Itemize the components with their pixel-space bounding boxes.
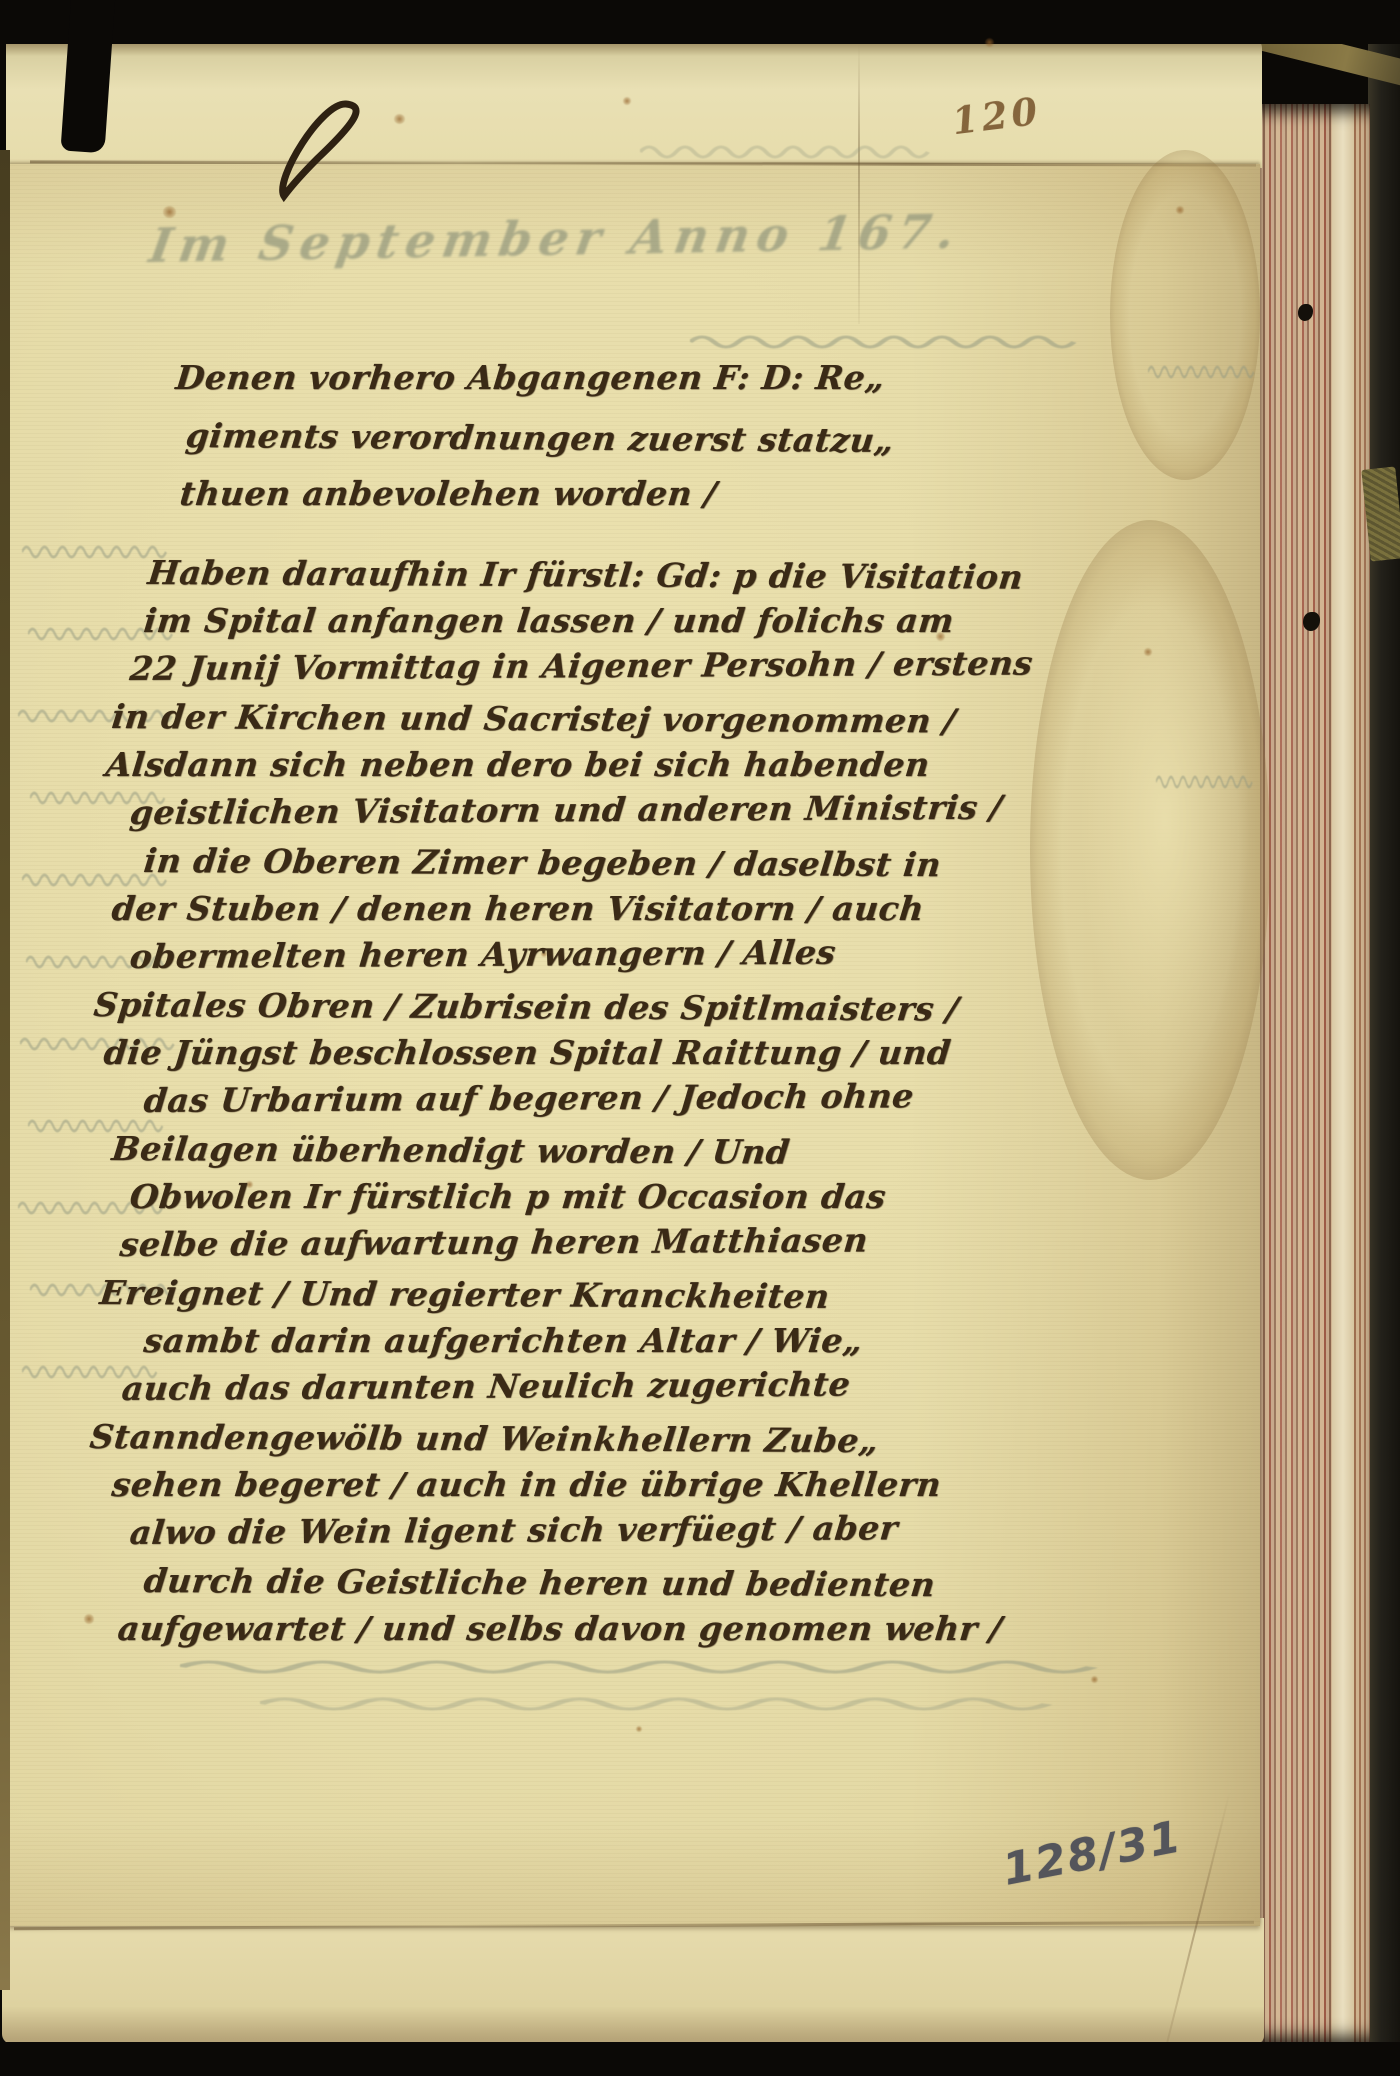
handwritten-line: aufgewartet / und selbs davon genomen we… (116, 1609, 1004, 1648)
fox-spot (84, 1614, 94, 1624)
handwritten-line: alwo die Wein ligent sich verfüegt / abe… (128, 1508, 900, 1552)
fox-spot (623, 97, 631, 105)
book-cover-edge (1368, 28, 1400, 2052)
handwritten-line: Spitales Obren / Zubrisein des Spitlmais… (92, 985, 961, 1029)
handwritten-line: im Spital anfangen lassen / und folichs … (142, 601, 956, 640)
handwritten-line: auch das darunten Neulich zugerichte (120, 1365, 852, 1408)
underlying-page-bottom-edge (2, 1918, 1264, 2044)
handwritten-line: selbe die aufwartung heren Matthiasen (118, 1220, 870, 1264)
background-bottom (0, 2042, 1400, 2076)
manuscript-photo: 120 Im September Anno 167. Denen vorhero… (0, 0, 1400, 2076)
handwritten-line: in der Kirchen und Sacristej vorgenommen… (110, 697, 958, 740)
background-top (0, 0, 1400, 44)
fore-edge-shadow (1258, 104, 1370, 2044)
handwritten-line: die Jüngst beschlossen Spital Raittung /… (102, 1033, 953, 1072)
paper-fold-mark (858, 44, 860, 324)
bleed-through-ghost-line (1156, 770, 1256, 796)
handwritten-line: in die Oberen Zimer begeben / daselbst i… (142, 841, 943, 884)
handwritten-line: sambt darin aufgerichten Altar / Wie„ (142, 1321, 865, 1360)
fore-edge-page-stack (1258, 104, 1370, 2044)
handwritten-line: durch die Geistliche heren und bedienten (142, 1561, 937, 1604)
water-stain-core (1080, 560, 1250, 1080)
bleed-through-ghost-line (180, 1655, 1130, 1681)
handwritten-line: giments verordnungen zuerst statzu„ (184, 416, 896, 460)
bleed-through-ghost-line (690, 330, 1090, 356)
handwritten-line: Alsdann sich neben dero bei sich habende… (104, 745, 932, 784)
handwritten-line: thuen anbevolehen worden / (178, 474, 719, 513)
water-stain (1110, 150, 1260, 480)
fox-spot (1176, 206, 1184, 214)
handwritten-line: Beilagen überhendigt worden / Und (110, 1129, 792, 1172)
bleed-through-ghost-line (1148, 360, 1258, 386)
handwritten-line: das Urbarium auf begeren / Jedoch ohne (142, 1076, 916, 1120)
handwritten-line: Obwolen Ir fürstlich p mit Occasion das (128, 1177, 888, 1216)
underlying-page-top-edge (6, 38, 1262, 168)
fox-spot (636, 1726, 642, 1732)
handwritten-line: obermelten heren Ayrwangern / Alles (128, 933, 838, 976)
handwritten-line: Ereignet / Und regierter Kranckheiten (98, 1273, 832, 1316)
binding-gutter-line (0, 150, 10, 1990)
fox-spot (163, 206, 176, 218)
handwritten-line: der Stuben / denen heren Visitatorn / au… (110, 889, 926, 928)
handwritten-line: Denen vorhero Abgangenen F: D: Re„ (174, 358, 887, 397)
fox-spot (394, 114, 405, 124)
fox-spot (985, 38, 994, 47)
bleed-through-ghost-line (640, 140, 940, 166)
handwritten-line: Stanndengewölb und Weinkhellern Zube„ (88, 1417, 881, 1460)
ink-flourish (268, 92, 378, 216)
handwritten-line: Haben daraufhin Ir fürstl: Gd: p die Vis… (146, 553, 1025, 597)
handwritten-line: sehen begeret / auch in die übrige Khell… (110, 1465, 943, 1504)
handwritten-line: 22 Junij Vormittag in Aigener Persohn / … (128, 643, 1035, 688)
bleed-through-ghost-line (260, 1692, 1080, 1718)
handwritten-line: geistlichen Visitatorn und anderen Minis… (128, 788, 1004, 832)
fox-spot (1144, 648, 1152, 656)
